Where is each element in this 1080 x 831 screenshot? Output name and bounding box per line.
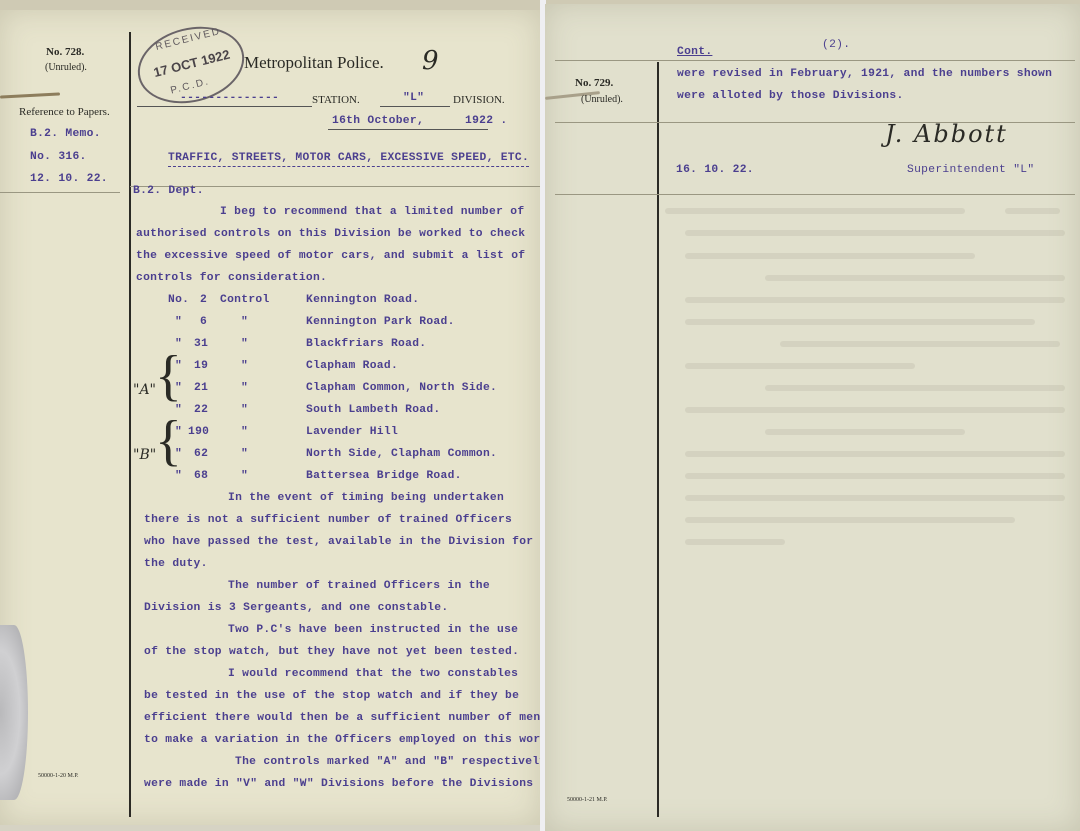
section-rule xyxy=(555,194,1075,195)
printer-mark: 50000-1-21 M.P. xyxy=(567,797,608,803)
left-document-page: No. 728. (Unruled). Reference to Papers.… xyxy=(0,10,540,825)
division-label: DIVISION. xyxy=(453,94,505,106)
group-a-brace: { xyxy=(155,348,182,404)
reference-2: No. 316. xyxy=(30,151,87,163)
margin-vertical-rule xyxy=(129,32,131,817)
continuation-line: were alloted by those Divisions. xyxy=(677,90,904,102)
paragraph-line: authorised controls on this Division be … xyxy=(136,228,525,240)
paragraph-line: of the stop watch, but they have not yet… xyxy=(144,646,519,658)
date-rule xyxy=(328,129,488,130)
group-b-brace: { xyxy=(155,413,182,469)
station-rule xyxy=(137,106,312,107)
paragraph-line: The controls marked "A" and "B" respecti… xyxy=(235,756,547,768)
station-dashes: -------------- xyxy=(180,92,279,104)
paragraph-line: efficient there would then be a sufficie… xyxy=(144,712,540,724)
paragraph-line: I beg to recommend that a limited number… xyxy=(220,206,524,218)
signature: J. Abbott xyxy=(885,120,1008,148)
signatory-title: Superintendent "L" xyxy=(907,164,1034,176)
continuation-line: were revised in February, 1921, and the … xyxy=(677,68,1052,80)
tag-string xyxy=(0,92,60,98)
paragraph-line: I would recommend that the two constable… xyxy=(228,668,518,680)
paragraph-line: there is not a sufficient number of trai… xyxy=(144,514,512,526)
form-subtitle: (Unruled). xyxy=(45,62,87,73)
paragraph-line: were made in "V" and "W" Divisions befor… xyxy=(144,778,533,790)
paragraph-line: be tested in the use of the stop watch a… xyxy=(144,690,519,702)
letter-year: 1922 . xyxy=(465,115,507,127)
header-title: Metropolitan Police. xyxy=(244,53,384,73)
cont-label: Cont. xyxy=(677,46,712,58)
form-subtitle: (Unruled). xyxy=(581,94,623,105)
right-document-page: (2). Cont. No. 729. (Unruled). were revi… xyxy=(545,4,1080,831)
paragraph-line: Two P.C's have been instructed in the us… xyxy=(228,624,518,636)
group-a-label: "A" xyxy=(133,382,156,398)
subject-line: TRAFFIC, STREETS, MOTOR CARS, EXCESSIVE … xyxy=(168,152,529,167)
paragraph-line: The number of trained Officers in the xyxy=(228,580,490,592)
reference-1: B.2. Memo. xyxy=(30,128,101,140)
group-b-label: "B" xyxy=(133,447,156,463)
binding-ribbon xyxy=(0,625,28,800)
form-number: No. 728. xyxy=(46,46,84,58)
division-value: "L" xyxy=(403,92,424,104)
addressee: B.2. Dept. xyxy=(133,185,204,197)
margin-vertical-rule xyxy=(657,62,659,817)
signature-date: 16. 10. 22. xyxy=(676,164,754,176)
printer-mark: 50000-1-20 M.P. xyxy=(38,773,79,779)
folio-mark: 9 xyxy=(422,46,439,76)
paragraph-line: to make a variation in the Officers empl… xyxy=(144,734,555,746)
header-rule xyxy=(555,60,1075,61)
reference-label: Reference to Papers. xyxy=(19,106,110,118)
form-number: No. 729. xyxy=(575,77,613,89)
paragraph-line: controls for consideration. xyxy=(136,272,327,284)
paragraph-line: Division is 3 Sergeants, and one constab… xyxy=(144,602,448,614)
station-label: STATION. xyxy=(312,94,360,106)
reference-3: 12. 10. 22. xyxy=(30,173,108,185)
paragraph-line: the duty. xyxy=(144,558,208,570)
paragraph-line: the excessive speed of motor cars, and s… xyxy=(136,250,525,262)
margin-rule xyxy=(0,192,120,193)
page-number: (2). xyxy=(822,39,850,51)
letter-date: 16th October, xyxy=(332,115,424,127)
paragraph-line: In the event of timing being undertaken xyxy=(228,492,504,504)
paragraph-line: who have passed the test, available in t… xyxy=(144,536,533,548)
division-rule xyxy=(380,106,450,107)
